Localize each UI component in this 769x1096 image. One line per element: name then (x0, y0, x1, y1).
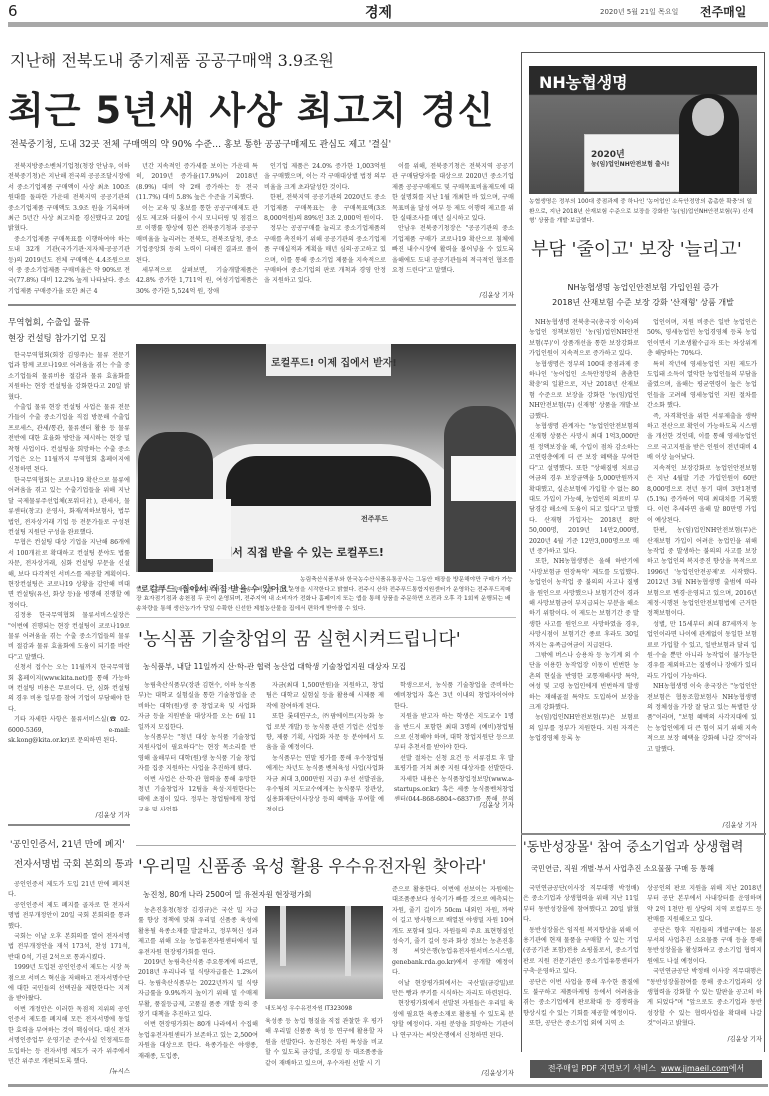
banner-text: 전주매일 PDF 지면보기 서비스 (548, 1064, 656, 1073)
agristartup-byline: /김윤상 기자 (394, 800, 514, 809)
wheat-story-headline: '우리밀 신품종 육성 활용 우수유전자원 찾아라' (138, 852, 486, 877)
main-story-kicker: 지난해 전북도내 중기제품 공공구매액 3.9조원 (10, 48, 334, 71)
nh-story-col-2: 업인이며, 지원 비중은 일반 농업인은 50%, 영세농업인 농업경영체 등록… (647, 318, 757, 818)
section-title: 경제 (365, 2, 392, 22)
nh-story-byline: /김윤상 기자 (647, 820, 757, 829)
cert-story-headline-1: '공인인증서, 21년 만에 폐지' (10, 837, 125, 850)
localfood-body: 농림축산식품부와 한국농수산식품유통공사는 그동안 매장을 방문해야만 구매가 … (136, 576, 516, 614)
agristartup-col-3: 학생으로서, 농식품 기술창업을 준비하는 예비창업자 혹은 3년 이내의 창업… (394, 681, 514, 801)
stake (345, 906, 351, 976)
cert-story-byline: /뉴시스 (8, 1066, 130, 1075)
wheat-photo-caption: 내도복성 우수유전자원 IT323098 (265, 1003, 352, 1012)
agristartup-headline: '농식품 기술창업의 꿈 실현시켜드립니다' (138, 625, 461, 651)
pension-story-subhead: 국민연금, 직원 개별·부서 사업추진 소요물품 구매 등 통해 (531, 864, 714, 874)
nh-story-subhead-1: NH농협생명 농업인안전보험 가입인원 증가 (529, 282, 757, 293)
pension-story-col-1: 국민연금공단(이사장 직무대행 박정배)은 중소기업과 상생협력을 위해 지난 … (523, 884, 639, 1044)
main-story-col-3: 인기업 제품은 24.0% 증가한 1,003억원을 구매했으며, 이는 각 구… (264, 162, 386, 300)
car-side-text: 집에서 직접 받을 수 있는 로컬푸드! (211, 544, 384, 560)
website-link[interactable]: www.jjmaeil.com (661, 1064, 729, 1073)
main-story-col-1: 전북지방중소벤처기업청(청장 안남우, 이하 전북중기청)은 지난해 전국의 공… (8, 162, 130, 300)
nh-logo-text: NH농협생명 (539, 70, 628, 93)
main-story-subhead: 전북중기청, 도내 32곳 전체 구매액의 약 90% 수준… 홍보 통한 공공… (10, 137, 391, 150)
box-right (451, 456, 516, 501)
wheat-story-subhead: 농진청, 80개 나라 2500여 밀 유전자원 현장평가회 (143, 889, 311, 900)
wheat-photo (265, 906, 383, 999)
divider (8, 824, 130, 826)
nh-story-col-1: NH농협생명 전북총국(총국장 이숙)의 농업인 정책보험인 '농(임)업인NH… (529, 318, 639, 831)
main-story-col-2: 년간 지속적인 증가세를 보이는 가운데 특히, 2019년 증가율(17.9%… (136, 162, 258, 300)
stake (280, 906, 286, 966)
agristartup-col-1: 농림축산식품부(장관 김현수, 이하 농식품부)는 대학교 실험실을 통한 기술… (138, 681, 256, 811)
cert-story-headline-2: 전자서명법 국회 본회의 통과 (14, 856, 133, 870)
agristartup-col-2: 자금(최대 1,500만원)을 지원하고, 창업팀은 대학교 실험실 등을 활용… (266, 681, 384, 811)
nh-story-subhead-2: 2018년 산재보험 수준 보장 강화 '산재형' 상품 개발 (529, 297, 757, 308)
divider (136, 845, 516, 846)
localfood-photo: 로컬푸드! 이제 집에서 받자! 전주푸드 집에서 직접 받을 수 있는 로컬푸… (136, 344, 516, 572)
car-logo: 전주푸드 (361, 514, 388, 524)
car-window (226, 456, 431, 506)
pension-story-byline: /김윤상 기자 (647, 1034, 762, 1043)
wheat-story-byline: /김윤상기자 (392, 1068, 514, 1077)
wheat-story-col-1: 농촌진흥청(청장 김경규)은 국산 밀 자급률 향상 정책에 맞춰 우리밀 신품… (138, 906, 258, 1078)
main-story-col-4: 이를 위해, 전북중기청은 전북지역 공공기관 구매담당자를 대상으로 2020… (392, 162, 514, 287)
divider (136, 617, 516, 618)
box-left (146, 499, 231, 559)
main-story-headline: 최근 5년새 사상 최고치 경신 (8, 80, 494, 134)
wheat-story-col-2: 육성종 등 농업 형질을 직접 관찰한 후 평가해 우리밀 신품종 육성 등 연… (265, 1017, 383, 1079)
cert-story-body: 공인인증서 제도가 도입 21년 만에 폐지된다. 공인인증서 제도 폐지를 골… (8, 880, 130, 1074)
footer-divider (8, 1084, 768, 1087)
banner-text: 로컬푸드! 이제 집에서 받자! (271, 354, 397, 369)
trade-story-body: 한국무역협회(회장 김영주)는 물류 전문기업과 함께 코로나19로 어려움을 … (8, 351, 130, 807)
person-face (692, 98, 724, 136)
issue-date: 2020년 5월 21일 목요일 (600, 7, 678, 17)
nh-story-headline: 부담 '줄이고' 보장 '늘리고' (531, 235, 742, 261)
divider (521, 833, 766, 835)
divider (8, 304, 516, 306)
pdf-service-banner: 전주매일 PDF 지면보기 서비스 www.jjmaeil.com에서 (530, 1060, 762, 1078)
header-divider (8, 22, 768, 27)
pension-story-headline: '동반성장몰' 참여 중소기업과 상생협력 (523, 836, 743, 855)
page-number: 6 (8, 2, 18, 20)
trade-story-headline-1: 무역협회, 수출입 물류 (8, 316, 90, 328)
nh-story-photo: NH농협생명 2020년 농(임)업인NH안전보험 출시! (529, 66, 757, 194)
trade-story-headline-2: 현장 컨설팅 참가기업 모집 (8, 332, 106, 344)
agristartup-subhead: 농식품부, 내달 11일까지 산·학-관 협력 농산업 대학생 기술창업지원 대… (143, 661, 406, 672)
main-story-byline: /김윤상 기자 (392, 290, 514, 299)
wheat-story-col-3: 준으로 활용한다. 이번에 선보이는 자원에는 대조품종보다 성숙기가 빠를 것… (392, 885, 514, 1065)
nh-photo-caption: 농협생명은 정부의 100대 중점과제 중 하나인 '농어업인 소득안정망의 촘… (529, 198, 757, 227)
trade-story-byline: /김윤상 기자 (8, 810, 130, 819)
promo-board: 2020년 농(임)업인NH안전보험 출시! (584, 134, 684, 192)
banner-suffix: 에서 (729, 1064, 744, 1073)
pension-story-col-2: 상공인의 판로 지원을 위해 지난 2018년부터 공단 본부에서 사내장터를 … (647, 884, 762, 1032)
paper-logo: 전주매일 (700, 3, 746, 20)
